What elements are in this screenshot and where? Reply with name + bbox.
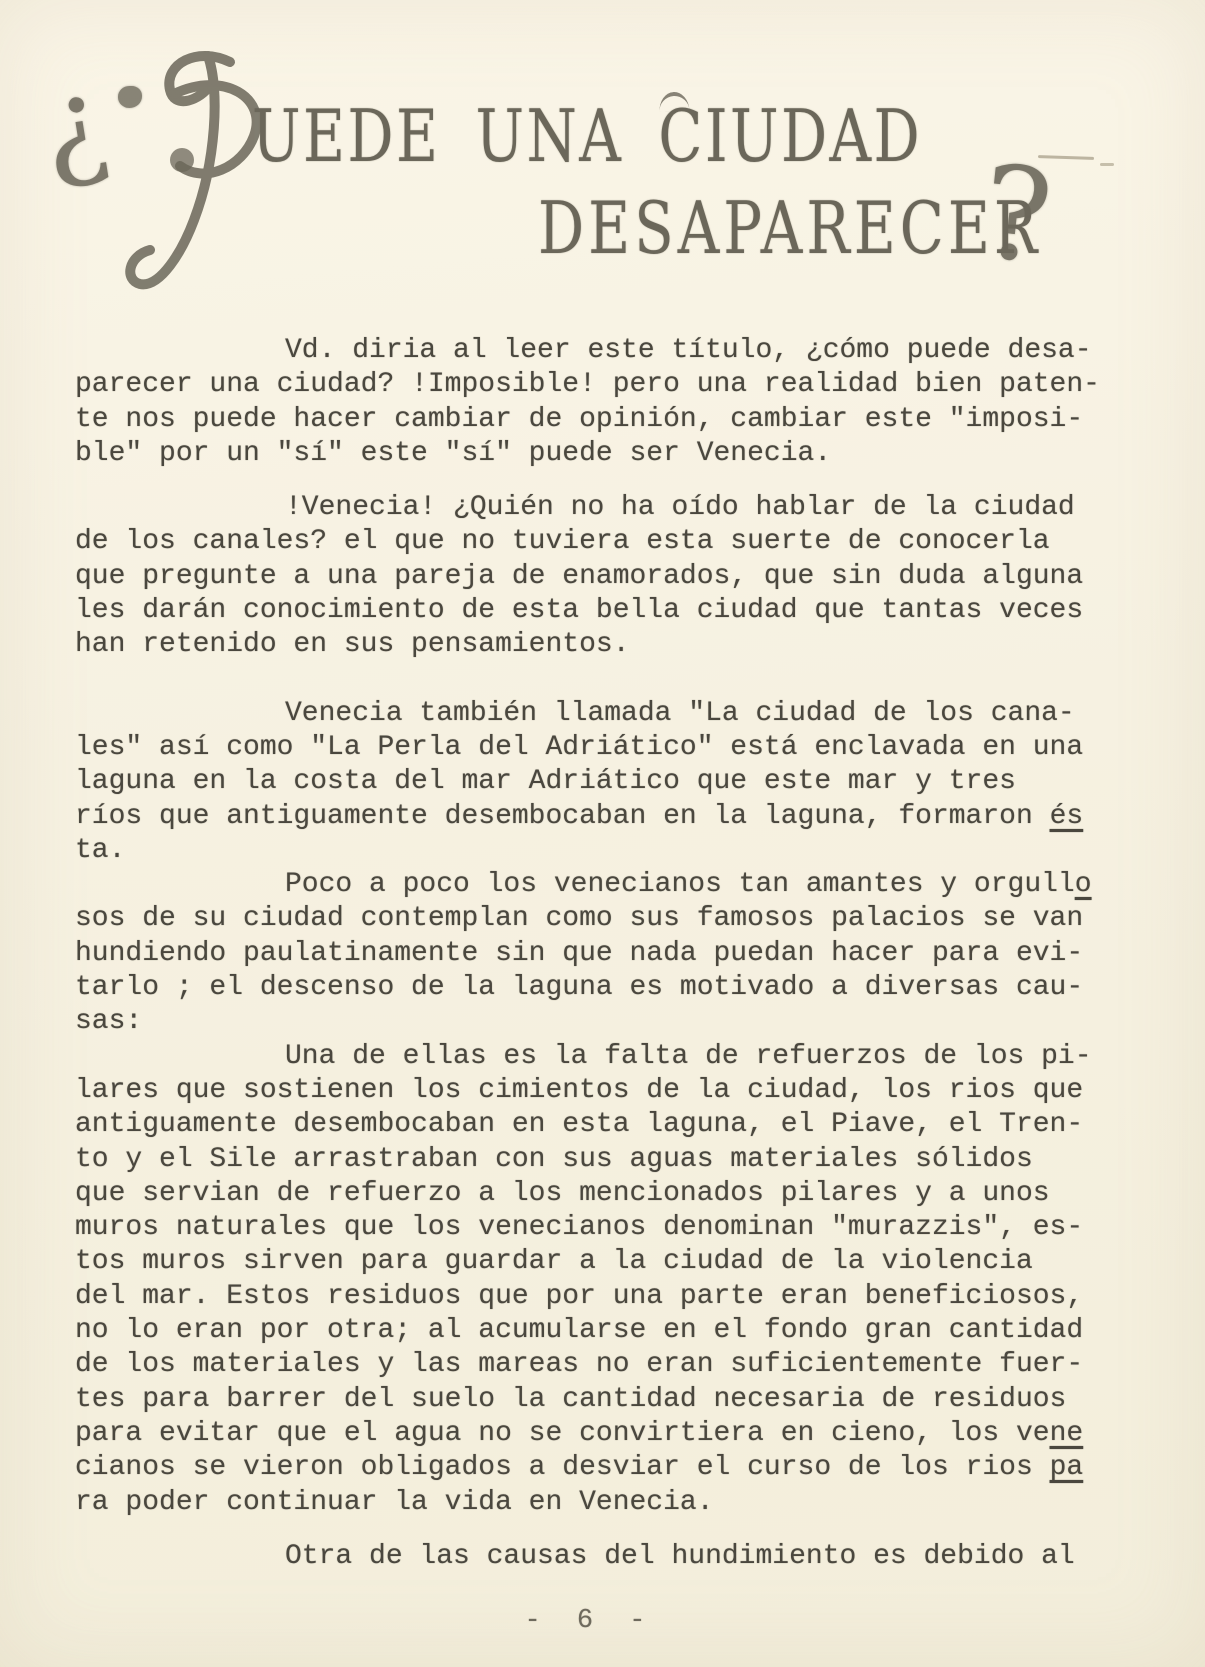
underlined-word-break: ne [1050,1418,1084,1449]
title-line-2: DESAPARECER [538,192,1041,264]
text-line: ble" por un "sí" este "sí" puede ser Ven… [75,437,1145,471]
text-line: Otra de las causas del hundimiento es de… [75,1540,1145,1574]
text-line: les darán conocimiento de esta bella ciu… [75,594,1145,628]
text-line: ta. [75,834,1145,868]
text-line: del mar. Estos residuos que por una part… [75,1280,1145,1314]
text-line: sas: [75,1005,1145,1039]
text-line: de los canales? el que no tuviera esta s… [75,525,1145,559]
paragraph: !Venecia! ¿Quién no ha oído hablar de la… [75,491,1145,662]
text-line: que pregunte a una pareja de enamorados,… [75,560,1145,594]
text-line: para evitar que el agua no se convirtier… [75,1417,1145,1451]
document-body: Vd. diria al leer este título, ¿cómo pue… [75,334,1145,1574]
paragraph: Otra de las causas del hundimiento es de… [75,1540,1145,1574]
text-line: tes para barrer del suelo la cantidad ne… [75,1383,1145,1417]
document-page: ¿ UEDE UNA CIUDAD DESAPARECER ? Vd. diri… [0,0,1205,1667]
text-line: te nos puede hacer cambiar de opinión, c… [75,403,1145,437]
page-number: - 6 - [460,1606,720,1636]
text-line: que servian de refuerzo a los mencionado… [75,1177,1145,1211]
paragraph: Una de ellas es la falta de refuerzos de… [75,1040,1145,1520]
text-line: antiguamente desembocaban en esta laguna… [75,1108,1145,1142]
text-line: han retenido en sus pensamientos. [75,628,1145,662]
paragraph: Poco a poco los venecianos tan amantes y… [75,868,1145,1039]
text-line: to y el Sile arrastraban con sus aguas m… [75,1143,1145,1177]
text-line: parecer una ciudad? !Imposible! pero una… [75,368,1145,402]
text-line: de los materiales y las mareas no eran s… [75,1348,1145,1382]
text-line: no lo eran por otra; al acumularse en el… [75,1314,1145,1348]
text-line: hundiendo paulatinamente sin que nada pu… [75,937,1145,971]
text-line: Una de ellas es la falta de refuerzos de… [75,1040,1145,1074]
text-line: tos muros sirven para guardar a la ciuda… [75,1245,1145,1279]
faint-dash-small [1100,163,1114,166]
title-inverted-question-mark: ¿ [33,60,114,186]
text-line: laguna en la costa del mar Adriático que… [75,765,1145,799]
text-line: les" así como "La Perla del Adriático" e… [75,731,1145,765]
text-line: lares que sostienen los cimientos de la … [75,1074,1145,1108]
underlined-word-break: pa [1050,1452,1084,1483]
paragraph: Vd. diria al leer este título, ¿cómo pue… [75,334,1145,471]
title-question-mark: ? [975,149,1057,283]
underlined-word-break: és [1050,801,1084,832]
text-line: Vd. diria al leer este título, ¿cómo pue… [75,334,1145,368]
text-line: ra poder continuar la vida en Venecia. [75,1486,1145,1520]
text-line: tarlo ; el descenso de la laguna es moti… [75,971,1145,1005]
paragraph: Venecia también llamada "La ciudad de lo… [75,697,1145,868]
title-line-1: UEDE UNA CIUDAD [252,100,922,172]
text-line: Poco a poco los venecianos tan amantes y… [75,868,1145,902]
text-line: ríos que antiguamente desembocaban en la… [75,800,1145,834]
text-line: !Venecia! ¿Quién no ha oído hablar de la… [75,491,1145,525]
underlined-word-break: o [1075,869,1092,900]
text-line: Venecia también llamada "La ciudad de lo… [75,697,1145,731]
text-line: muros naturales que los venecianos denom… [75,1211,1145,1245]
text-line: sos de su ciudad contemplan como sus fam… [75,902,1145,936]
document-title: ¿ UEDE UNA CIUDAD DESAPARECER ? [0,0,1205,310]
text-line: cianos se vieron obligados a desviar el … [75,1451,1145,1485]
